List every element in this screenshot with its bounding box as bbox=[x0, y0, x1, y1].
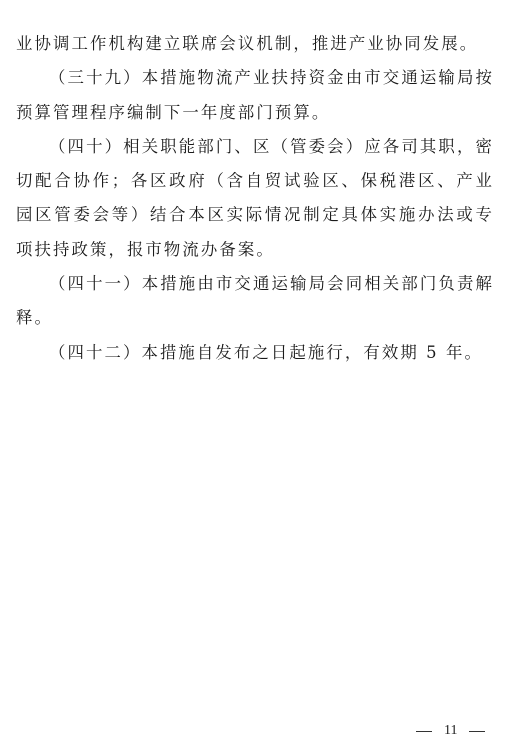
dash-left bbox=[416, 731, 432, 732]
paragraph-continuation: 业协调工作机构建立联席会议机制，推进产业协同发展。 bbox=[16, 27, 494, 61]
page-number: 11 bbox=[444, 723, 457, 739]
paragraph-article-42: （四十二）本措施自发布之日起施行，有效期 5 年。 bbox=[16, 336, 494, 370]
paragraph-article-41: （四十一）本措施由市交通运输局会同相关部门负责解释。 bbox=[16, 267, 494, 336]
dash-right bbox=[469, 731, 485, 732]
page-footer: 11 bbox=[416, 723, 485, 739]
paragraph-article-40: （四十）相关职能部门、区（管委会）应各司其职，密切配合协作；各区政府（含自贸试验… bbox=[16, 130, 494, 267]
paragraph-article-39: （三十九）本措施物流产业扶持资金由市交通运输局按预算管理程序编制下一年度部门预算… bbox=[16, 61, 494, 130]
document-body: 业协调工作机构建立联席会议机制，推进产业协同发展。 （三十九）本措施物流产业扶持… bbox=[16, 27, 494, 370]
